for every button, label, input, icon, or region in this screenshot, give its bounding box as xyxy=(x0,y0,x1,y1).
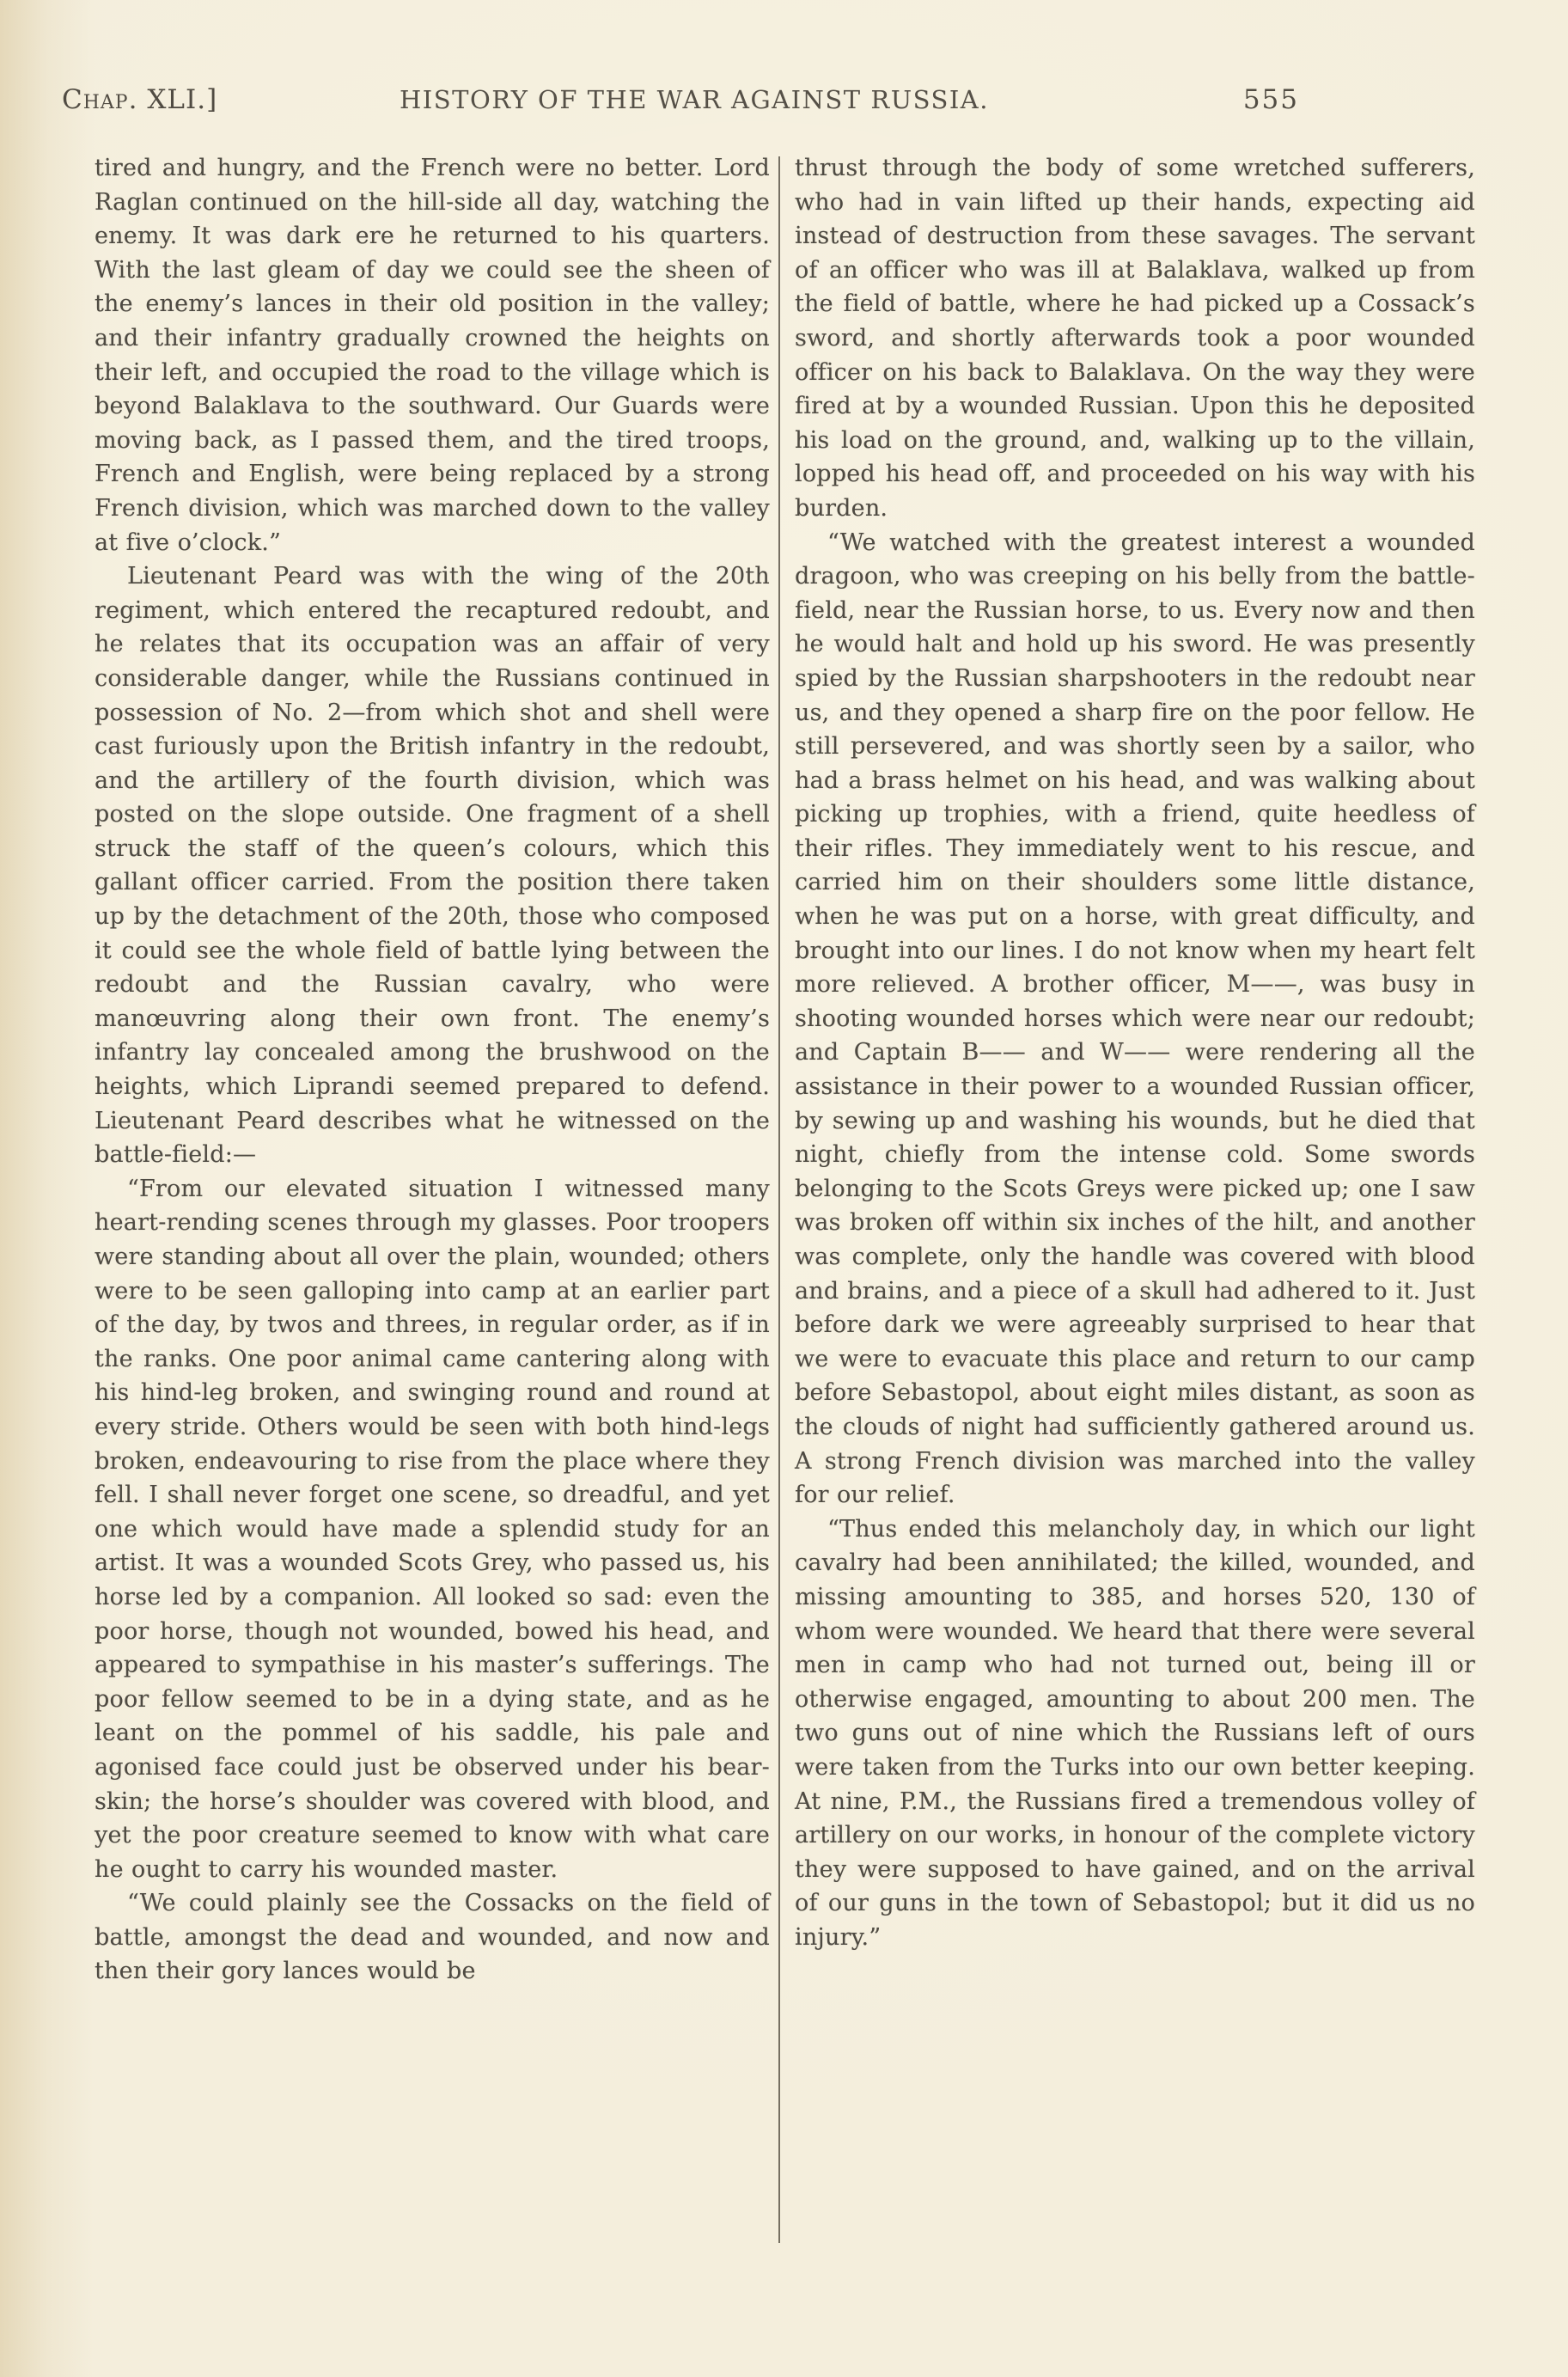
paragraph: thrust through the body of some wretched… xyxy=(795,151,1475,526)
paragraph: “Thus ended this melancholy day, in whic… xyxy=(795,1512,1475,1955)
paragraph: Lieutenant Peard was with the wing of th… xyxy=(95,559,770,1172)
paragraph: tired and hungry, and the French were no… xyxy=(95,151,770,559)
page-title: HISTORY OF THE WAR AGAINST RUSSIA. xyxy=(351,85,1038,114)
left-column: tired and hungry, and the French were no… xyxy=(95,151,770,1989)
page-number: 555 xyxy=(1196,84,1299,115)
paragraph: “We watched with the greatest interest a… xyxy=(795,526,1475,1512)
right-column: thrust through the body of some wretched… xyxy=(795,151,1475,1954)
column-divider-rule xyxy=(778,156,780,2243)
book-page: Chap. XLI.] HISTORY OF THE WAR AGAINST R… xyxy=(0,0,1568,2377)
running-head: Chap. XLI.] HISTORY OF THE WAR AGAINST R… xyxy=(0,84,1568,125)
paragraph: “From our elevated situation I witnessed… xyxy=(95,1172,770,1886)
paragraph: “We could plainly see the Cossacks on th… xyxy=(95,1886,770,1989)
chapter-word: Chap. xyxy=(62,84,137,115)
chapter-numeral: XLI.] xyxy=(147,84,217,115)
chapter-label: Chap. XLI.] xyxy=(62,84,217,115)
